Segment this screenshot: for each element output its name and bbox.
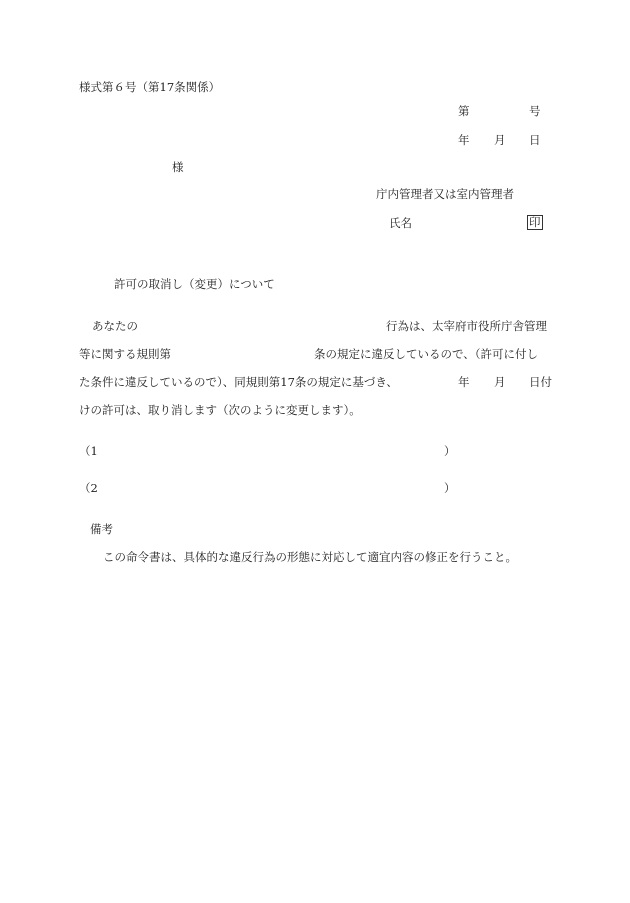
- issuer-name-label: 氏名: [389, 216, 412, 230]
- issuer-title: 庁内管理者又は室内管理者: [376, 187, 514, 201]
- body-line3-month: 月: [494, 375, 506, 389]
- remarks-heading: 備考: [90, 522, 113, 536]
- number-prefix: 第: [458, 104, 470, 118]
- remarks-text: この命令書は、具体的な違反行為の形態に対応して適宜内容の修正を行うこと。: [103, 550, 517, 564]
- form-header: 様式第６号（第17条関係）: [79, 80, 220, 94]
- date-month: 月: [494, 133, 506, 147]
- item-2-close: ）: [444, 481, 456, 495]
- subject: 許可の取消し（変更）について: [114, 277, 275, 291]
- number-suffix: 号: [529, 104, 541, 118]
- date-year: 年: [458, 133, 470, 147]
- item-1-open: （1: [79, 444, 98, 458]
- body-line4: けの許可は、取り消します（次のように変更します）。: [79, 403, 361, 417]
- item-2-open: （2: [79, 481, 98, 495]
- item-1-close: ）: [444, 444, 456, 458]
- body-line2-start: 等に関する規則第: [79, 347, 171, 361]
- body-line3-start: た条件に違反しているので）、同規則第17条の規定に基づき、: [79, 375, 398, 389]
- body-line3-year: 年: [458, 375, 470, 389]
- addressee-suffix: 様: [172, 160, 184, 174]
- body-line2-end: 条の規定に違反しているので、（許可に付し: [314, 347, 538, 361]
- seal-stamp-icon: 印: [527, 215, 543, 230]
- body-line1-start: あなたの: [92, 319, 138, 333]
- body-line1-end: 行為は、太宰府市役所庁舎管理: [386, 319, 547, 333]
- date-day: 日: [529, 133, 541, 147]
- body-line3-end: 日付: [529, 375, 552, 389]
